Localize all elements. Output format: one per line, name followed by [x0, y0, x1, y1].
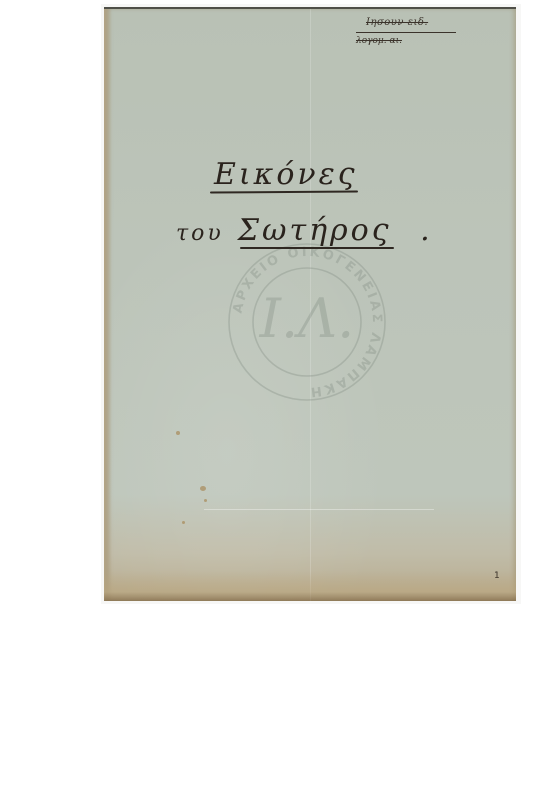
document-page: Ιησουν ειδ. λογομ. αι. ΑΡΧΕΙΟ ΟΙΚΟΓΕΝΕΙΑ… — [104, 7, 516, 601]
title-period: . — [420, 213, 433, 248]
page-number: 1 — [494, 571, 500, 581]
title-line-1: Εικόνες — [214, 157, 358, 192]
annotation-crossed-text: Ιησουν ειδ. — [366, 17, 476, 28]
annotation-second-text: λογομ. αι. — [356, 36, 476, 46]
foxing-spot — [182, 521, 185, 524]
foxing-spot — [200, 486, 206, 491]
page-crease — [204, 509, 434, 510]
title-noun: Σωτήρος — [238, 213, 392, 248]
annotation-rule — [356, 32, 456, 33]
foxing-spot — [176, 431, 180, 435]
title-line-2: τουΣωτήρος . — [176, 213, 433, 248]
title-article: του — [176, 221, 224, 246]
stamp-monogram: Ι.Λ. — [259, 287, 355, 350]
title-underline-1 — [210, 190, 358, 193]
archive-stamp: ΑΡΧΕΙΟ ΟΙΚΟΓΕΝΕΙΑΣ ΛΑΜΠΑΚΗ Ι.Λ. — [222, 237, 392, 407]
title-underline-2 — [240, 247, 394, 249]
top-right-annotation: Ιησουν ειδ. λογομ. αι. — [356, 17, 476, 46]
foxing-spot — [204, 499, 207, 502]
